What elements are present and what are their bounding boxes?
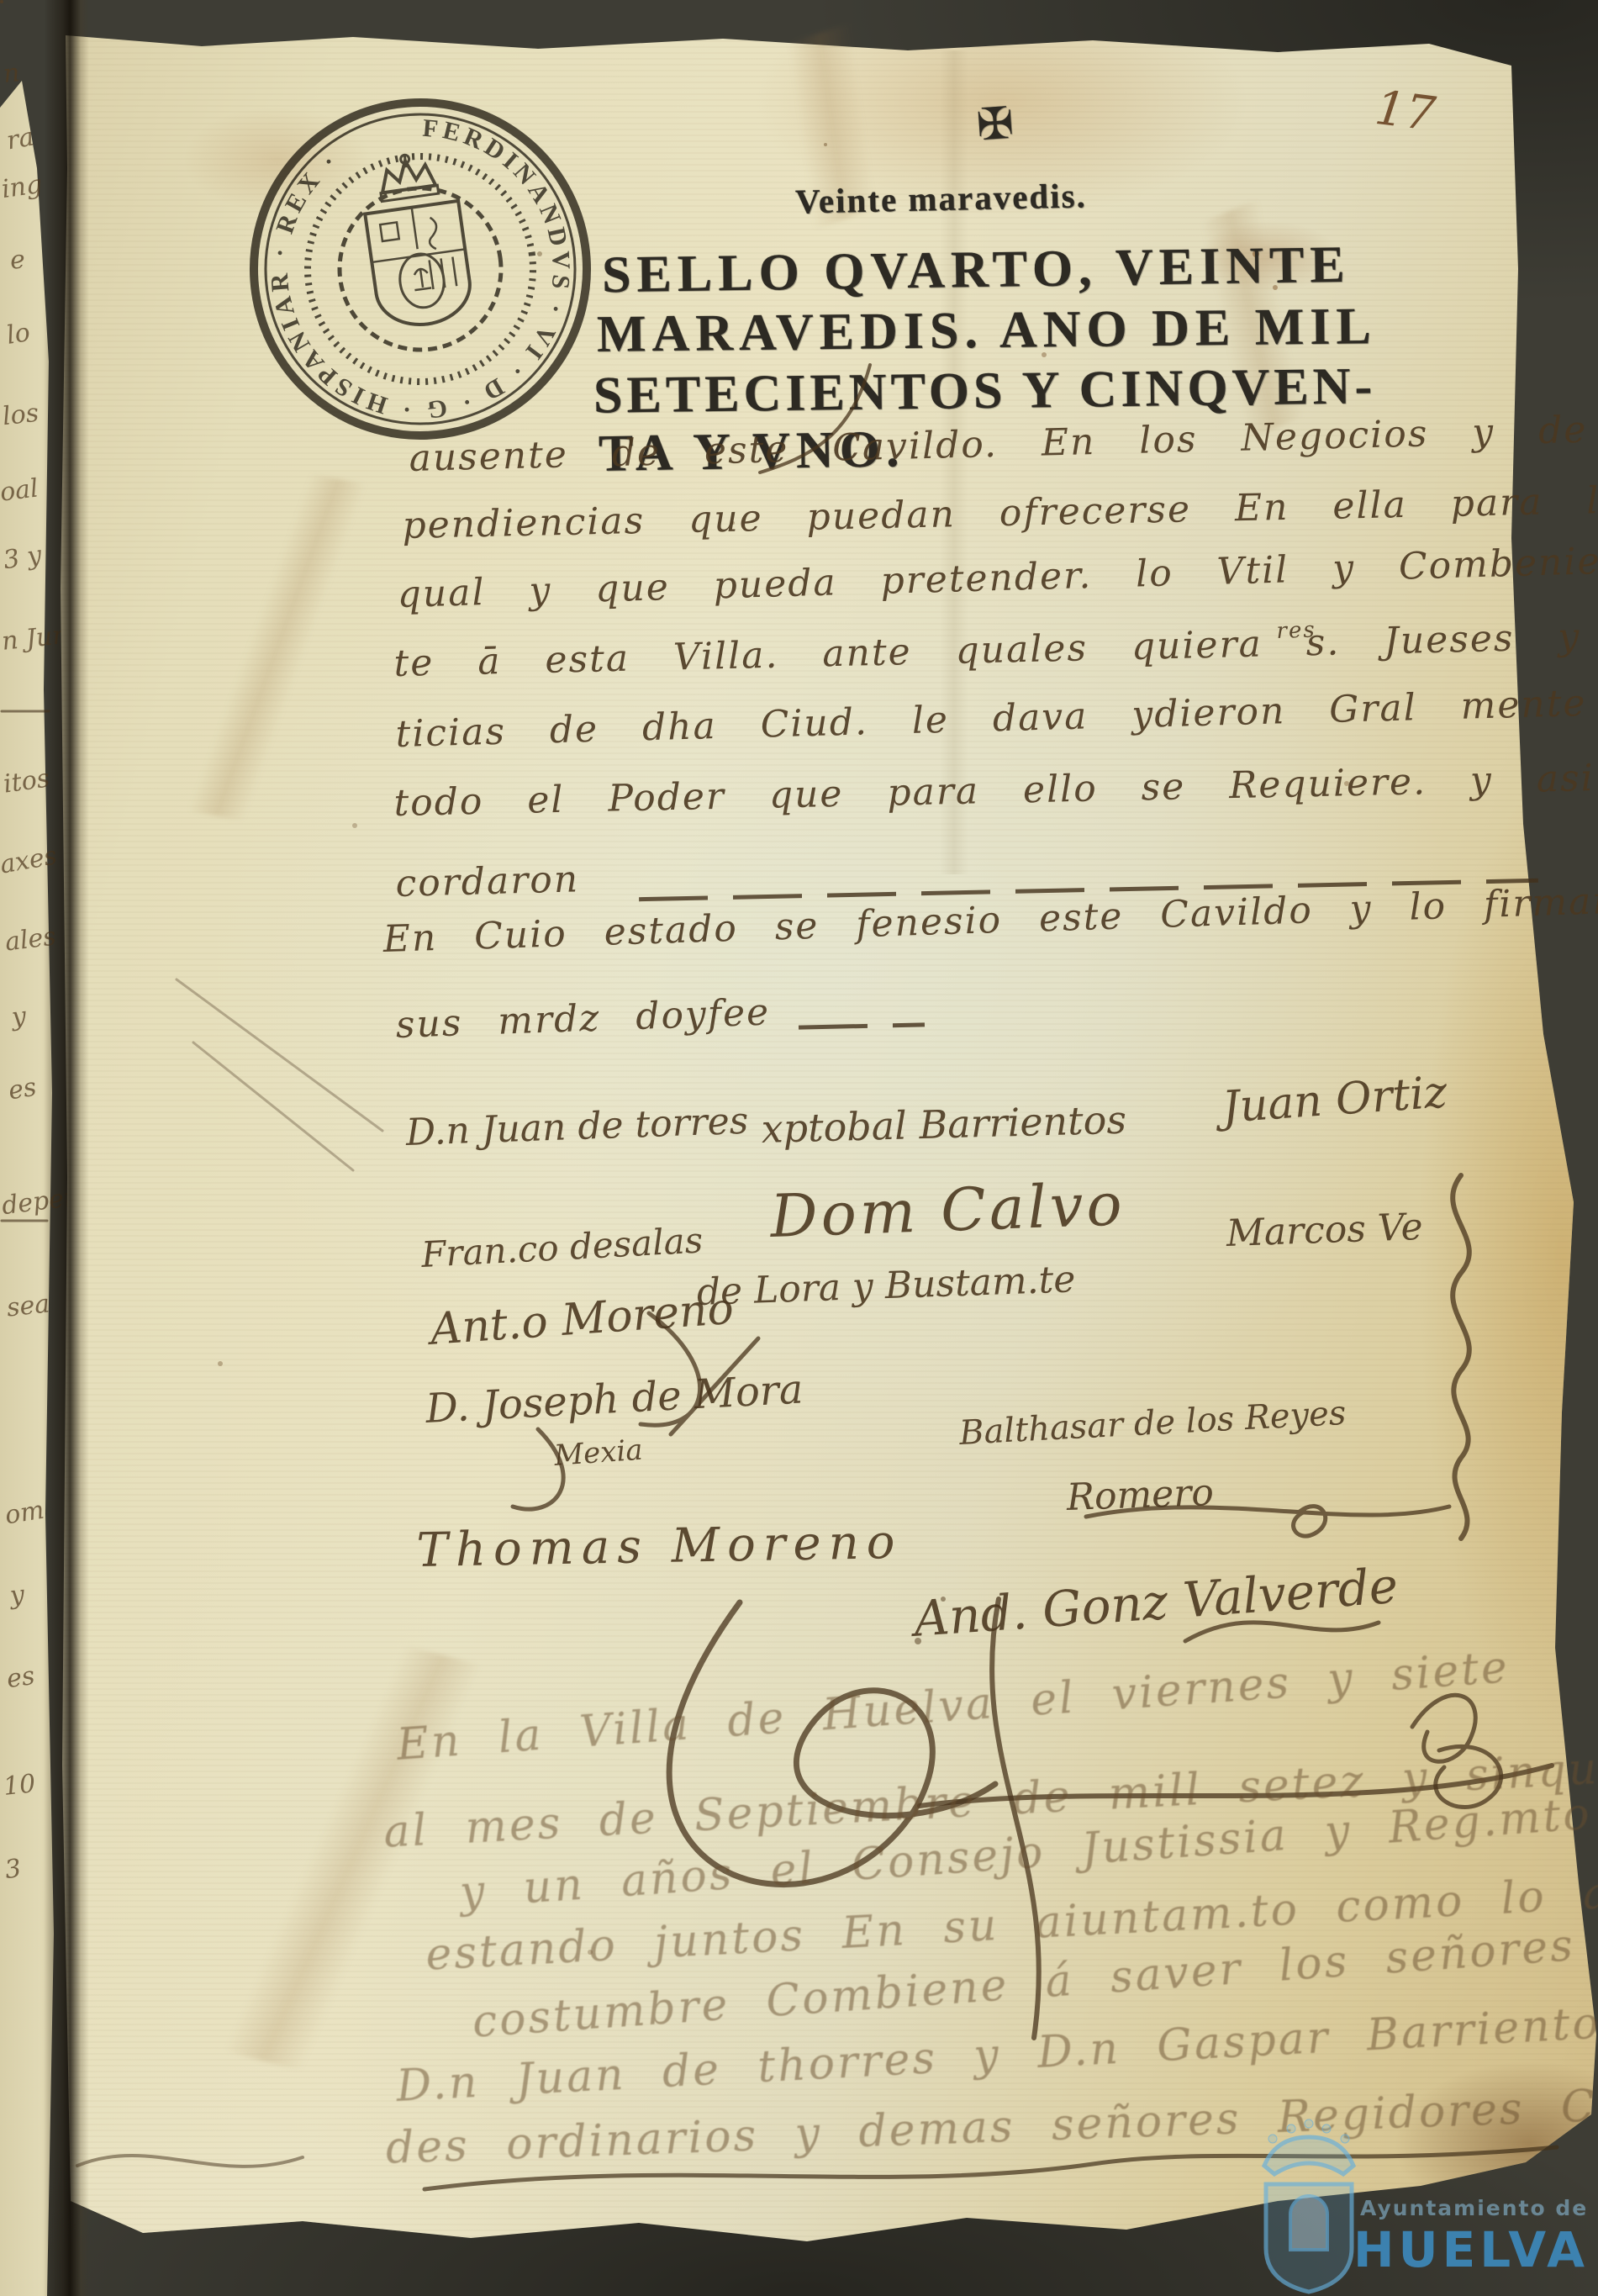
watermark-org-label: Ayuntamiento de	[1360, 2196, 1588, 2220]
left-page-text-fragment: oal	[0, 473, 40, 507]
signature-dom-calvo: Dom Calvo	[769, 1169, 1126, 1251]
left-page-text-fragment: 10	[2, 1769, 37, 1802]
left-page-text-fragment: y	[10, 1001, 28, 1032]
binding-gutter-shadow	[44, 0, 89, 2296]
signature-marcos: Marcos Ve	[1226, 1206, 1423, 1255]
signature-romero: Romero	[1066, 1471, 1215, 1519]
left-page-text-fragment: om	[3, 1496, 46, 1531]
manuscript-line: cordaron	[395, 858, 580, 905]
left-page-text-fragment: ing	[0, 170, 44, 204]
scanned-archive-photo: n ra ing e lo los oal 3 y n Jur itos axe…	[0, 0, 1598, 2296]
folio-number: 17	[1372, 81, 1438, 142]
maltese-cross-icon: ✠	[975, 98, 1015, 151]
left-page-text-fragment: ra	[4, 122, 36, 156]
left-page-text-fragment: 3 y	[2, 541, 44, 576]
left-page-text-fragment: y	[8, 1580, 26, 1611]
signature-thomas-moreno: Thomas Moreno	[416, 1515, 903, 1578]
left-page-text-fragment: los	[1, 399, 40, 431]
left-page-text-fragment: es	[6, 1073, 38, 1106]
left-page-text-fragment: lo	[4, 318, 32, 351]
stamp-title-line: SELLO QVARTO, VEINTE	[602, 235, 1352, 305]
stamp-kicker: Veinte maravedis.	[795, 175, 1088, 221]
signature-xptobal-barrientos: xptobal Barrientos	[761, 1097, 1127, 1152]
left-page-text-fragment: n	[2, 58, 21, 89]
signature-mexia: Mexia	[553, 1433, 644, 1473]
left-page-text-fragment: e	[9, 245, 27, 275]
manuscript-superscript: res	[1276, 617, 1316, 644]
stamp-title-line: MARAVEDIS. ANO DE MIL	[597, 297, 1378, 365]
watermark-city-label: HUELVA	[1353, 2221, 1589, 2278]
ink-specks	[0, 0, 3, 3]
left-page-text-fragment: es	[5, 1661, 37, 1694]
